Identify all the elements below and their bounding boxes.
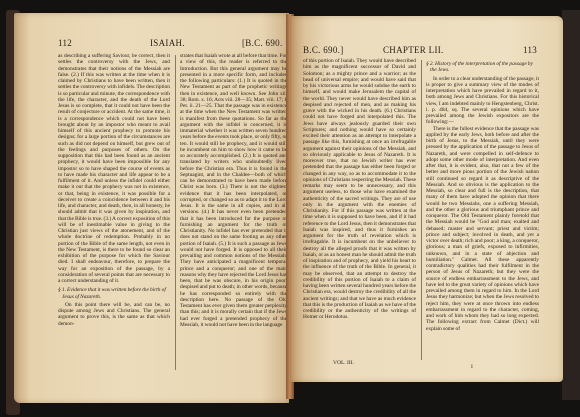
body-text: of this portion of Isaiah. They would ha… bbox=[303, 58, 416, 321]
signature-mark: I bbox=[471, 364, 473, 370]
page-number: 112 bbox=[58, 38, 72, 48]
left-page-column-1: as describing a suffering Saviour, be co… bbox=[58, 53, 170, 373]
right-page-column-2: § 2. History of the interpretation of th… bbox=[426, 58, 539, 363]
left-page-column-2: strates that Isaiah wrote at all before … bbox=[180, 53, 287, 373]
page-number: 113 bbox=[523, 45, 537, 55]
date-header: [B.C. 690. bbox=[242, 38, 283, 48]
body-text: There is the fullest evidence that the p… bbox=[426, 126, 539, 332]
body-text: On this point there will be, and can be,… bbox=[58, 302, 170, 327]
running-title: ISAIAH. bbox=[150, 38, 185, 48]
column-rule bbox=[175, 55, 176, 370]
right-page-column-1: of this portion of Isaiah. They would ha… bbox=[303, 58, 416, 363]
book-cover-right bbox=[562, 10, 580, 400]
section-heading: § 2. History of the interpretation of th… bbox=[426, 61, 539, 74]
body-text: In order to a clear understanding of the… bbox=[426, 76, 539, 126]
section-heading: § 1. Evidence that it was written before… bbox=[58, 287, 170, 300]
column-rule bbox=[421, 60, 422, 360]
volume-footer: VOL. III. bbox=[333, 360, 354, 366]
left-page: 112 ISAIAH. [B.C. 690. as describing a s… bbox=[14, 13, 289, 403]
body-text: as describing a suffering Saviour, be co… bbox=[58, 53, 170, 284]
body-text: strates that Isaiah wrote at all before … bbox=[180, 53, 287, 328]
running-title: CHAPTER LII. bbox=[383, 45, 444, 55]
right-page: B.C. 690.] CHAPTER LII. 113 of this port… bbox=[291, 16, 563, 382]
date-header: B.C. 690.] bbox=[303, 45, 344, 55]
